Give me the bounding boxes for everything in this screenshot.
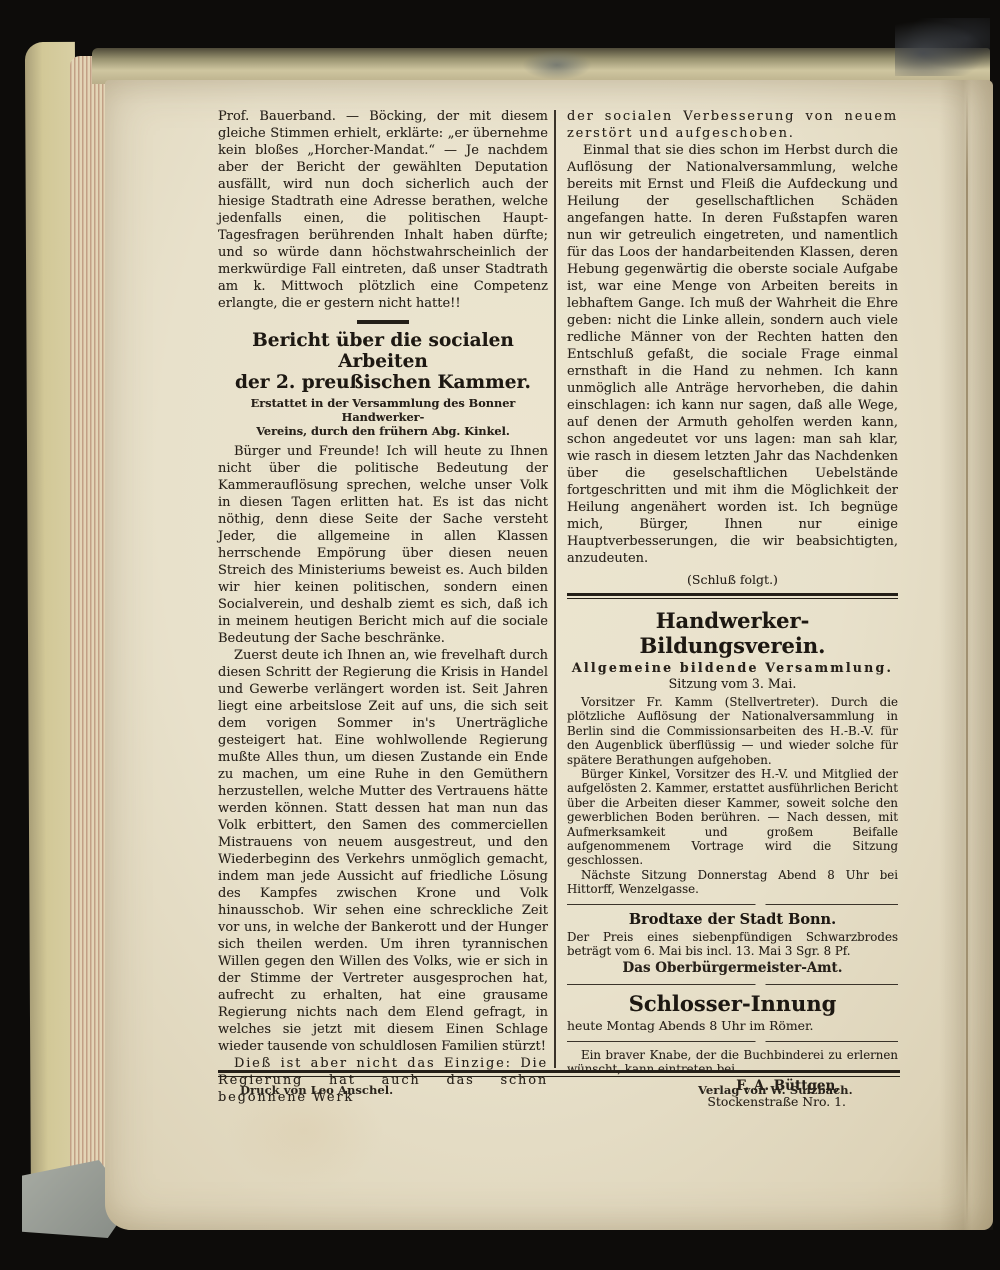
article-subtitle: Erstattet in der Versammlung des Bonner … [218, 396, 548, 438]
article-title-line2: der 2. preußischen Kammer. [235, 372, 531, 393]
article-paragraph: Zuerst deute ich Ihnen an, wie frevelhaf… [218, 647, 548, 1055]
brodtaxe-signature: Das Oberbürgermeister-Amt. [567, 960, 898, 977]
hbv-section-title: Handwerker-Bildungsverein. [567, 608, 898, 658]
book-scan: Prof. Bauerband. — Böcking, der mit dies… [0, 0, 1000, 1270]
book-top-edge [92, 48, 990, 84]
brodtaxe-title: Brodtaxe der Stadt Bonn. [567, 911, 898, 929]
schlosser-body: heute Montag Abends 8 Uhr im Römer. [567, 1018, 898, 1034]
schlosser-title: Schlosser-Innung [567, 991, 898, 1016]
section-rule-heavy [567, 593, 898, 599]
newspaper-page: Prof. Bauerband. — Böcking, der mit dies… [105, 80, 993, 1230]
continuation-paragraph: Einmal that sie dies schon im Herbst dur… [567, 142, 898, 567]
gutter-fold-line [966, 90, 968, 1225]
right-column: der socialen Verbesserung von neuem zers… [567, 108, 898, 1109]
publisher-credit: Verlag von W. Sulzbach. [698, 1083, 853, 1097]
footer-rule [218, 1070, 900, 1077]
printer-credit: Druck von Leo Anschel. [240, 1083, 393, 1097]
imprint-line: Druck von Leo Anschel. Verlag von W. Sul… [218, 1083, 900, 1103]
edge-smudge [522, 50, 592, 80]
hbv-paragraph: Vorsitzer Fr. Kamm (Stellvertreter). Dur… [567, 695, 898, 767]
article-title-line1: Bericht über die socialen Arbeiten [252, 330, 514, 372]
section-rule-thin [567, 984, 898, 985]
brodtaxe-body: Der Preis eines siebenpfündigen Schwarzb… [567, 930, 898, 959]
article-divider [357, 320, 409, 324]
section-rule-thin [567, 1041, 898, 1042]
section-rule-thin [567, 904, 898, 905]
hbv-paragraph: Bürger Kinkel, Vorsitzer des H.-V. und M… [567, 767, 898, 868]
hbv-paragraph: Nächste Sitzung Donnerstag Abend 8 Uhr b… [567, 868, 898, 897]
continuation-lead: der socialen Verbesserung von neuem zers… [567, 108, 898, 142]
left-column: Prof. Bauerband. — Böcking, der mit dies… [218, 108, 548, 1106]
article-paragraph: Bürger und Freunde! Ich will heute zu Ih… [218, 443, 548, 647]
hbv-subtitle: Allgemeine bildende Versammlung. [567, 660, 898, 676]
column-rule [554, 110, 556, 1068]
article-title: Bericht über die socialen Arbeiten der 2… [218, 330, 548, 393]
hbv-session-date: Sitzung vom 3. Mai. [567, 676, 898, 692]
to-be-continued-note: (Schluß folgt.) [567, 572, 898, 587]
article-subtitle-line1: Erstattet in der Versammlung des Bonner … [251, 396, 516, 424]
continuation-paragraph: Prof. Bauerband. — Böcking, der mit dies… [218, 108, 548, 312]
top-right-smudge [895, 18, 990, 76]
article-subtitle-line2: Vereins, durch den frühern Abg. Kinkel. [256, 424, 510, 438]
